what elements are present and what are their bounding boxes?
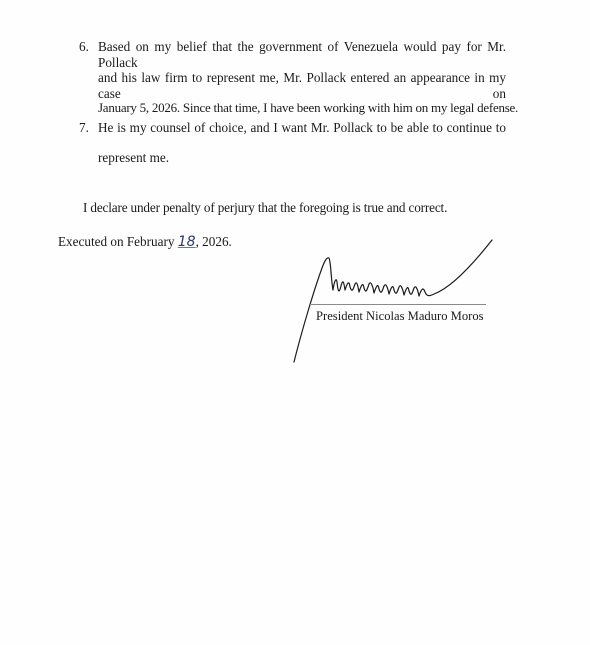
signature-scrawl <box>0 0 590 645</box>
signature-line <box>310 304 486 305</box>
document-page: 6. Based on my belief that the governmen… <box>0 0 590 645</box>
signer-name: President Nicolas Maduro Moros <box>316 308 484 324</box>
